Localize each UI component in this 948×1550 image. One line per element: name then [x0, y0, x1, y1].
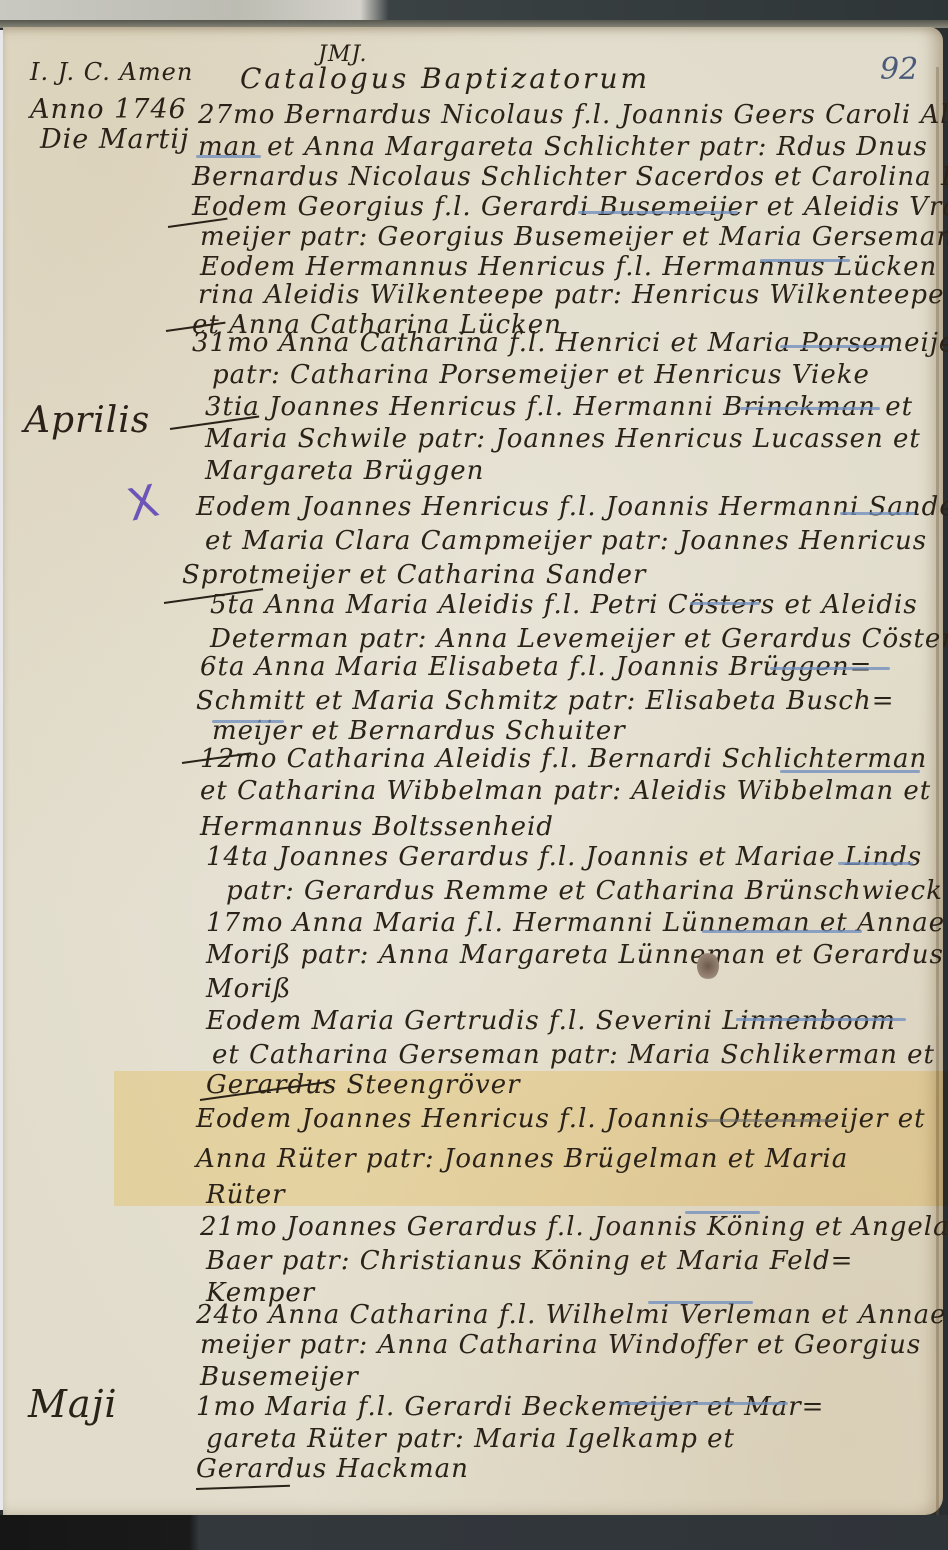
register-line: Sprotmeijer et Catharina Sander — [182, 560, 646, 590]
register-line: Eodem Joannes Henricus f.l. Joannis Herm… — [196, 492, 948, 522]
register-line: Schmitt et Maria Schmitz patr: Elisabeta… — [196, 686, 895, 716]
blue-pencil-underline — [780, 770, 920, 773]
blue-pencil-underline — [578, 211, 738, 214]
margin-month-april: Aprilis — [24, 400, 150, 441]
register-line: meijer patr: Anna Catharina Windoffer et… — [200, 1330, 921, 1360]
register-line: patr: Gerardus Remme et Catharina Brünsc… — [226, 876, 943, 906]
register-line: man et Anna Margareta Schlichter patr: R… — [198, 132, 928, 162]
blue-pencil-underline — [770, 667, 890, 670]
register-line: 31mo Anna Catharina f.l. Henrici et Mari… — [192, 328, 948, 358]
register-line: rina Aleidis Wilkenteepe patr: Henricus … — [198, 280, 944, 310]
register-line: Bernardus Nicolaus Schlichter Sacerdos e… — [192, 162, 948, 192]
blue-pencil-underline — [702, 930, 862, 933]
register-line: Eodem Maria Gertrudis f.l. Severini Linn… — [206, 1006, 896, 1036]
register-line: Eodem Georgius f.l. Gerardi Busemeijer e… — [192, 192, 948, 222]
gray-pencil-underline — [705, 1119, 835, 1122]
register-line: et Catharina Gerseman patr: Maria Schlik… — [212, 1040, 935, 1070]
blue-pencil-underline — [780, 345, 890, 348]
blue-pencil-underline — [685, 1211, 760, 1214]
register-line: 17mo Anna Maria f.l. Hermanni Lünneman e… — [206, 908, 945, 938]
register-line: 27mo Bernardus Nicolaus f.l. Joannis Gee… — [198, 100, 948, 130]
register-line: Baer patr: Christianus Köning et Maria F… — [206, 1246, 853, 1276]
register-line: gareta Rüter patr: Maria Igelkamp et — [206, 1424, 735, 1454]
margin-invocation: I. J. C. Amen — [30, 58, 193, 86]
register-line: et Catharina Wibbelman patr: Aleidis Wib… — [200, 776, 931, 806]
blue-pencil-underline — [760, 259, 850, 262]
register-line: meijer patr: Georgius Busemeijer et Mari… — [200, 222, 948, 252]
register-line: 5ta Anna Maria Aleidis f.l. Petri Cöster… — [210, 590, 918, 620]
scanner-frame-bottom — [0, 1515, 948, 1550]
register-line: 1mo Maria f.l. Gerardi Beckemeijer et Ma… — [196, 1392, 824, 1422]
margin-month-may: Maji — [28, 1382, 118, 1426]
register-line: Moriß patr: Anna Margareta Lünneman et G… — [206, 940, 944, 970]
register-line: 14ta Joannes Gerardus f.l. Joannis et Ma… — [206, 842, 922, 872]
margin-month-march: Die Martij — [40, 124, 189, 155]
blue-pencil-underline — [212, 720, 284, 723]
register-line: patr: Catharina Porsemeijer et Henricus … — [212, 360, 870, 390]
blue-pencil-underline — [840, 512, 915, 515]
blue-pencil-underline — [618, 1402, 788, 1405]
register-line: Busemeijer — [200, 1362, 359, 1392]
register-line: Gerardus Hackman — [196, 1454, 469, 1484]
blue-pencil-underline — [690, 602, 760, 605]
blue-pencil-underline — [740, 407, 880, 410]
register-line: Margareta Brüggen — [205, 456, 484, 486]
register-line: 21mo Joannes Gerardus f.l. Joannis Könin… — [200, 1212, 948, 1242]
register-line: Eodem Hermannus Henricus f.l. Hermannus … — [200, 252, 948, 282]
register-line: Maria Schwile patr: Joannes Henricus Luc… — [205, 424, 921, 454]
register-line-highlighted: Rüter — [206, 1180, 286, 1210]
ink-blot — [697, 952, 719, 980]
register-line-highlighted: Anna Rüter patr: Joannes Brügelman et Ma… — [196, 1144, 848, 1174]
margin-year: Anno 1746 — [30, 94, 187, 125]
blue-pencil-underline — [838, 862, 913, 865]
register-line: 24to Anna Catharina f.l. Wilhelmi Verlem… — [196, 1300, 948, 1330]
page-title: Catalogus Baptizatorum — [240, 62, 650, 95]
page-number: 92 — [880, 52, 918, 87]
register-line: Determan patr: Anna Levemeijer et Gerard… — [210, 624, 948, 654]
register-line: Hermannus Boltssenheid — [200, 812, 554, 842]
register-line: et Maria Clara Campmeijer patr: Joannes … — [205, 526, 927, 556]
register-line: Moriß — [206, 974, 291, 1004]
blue-pencil-underline — [736, 1018, 906, 1021]
register-line-highlighted: Gerardus Steengröver — [206, 1070, 521, 1100]
blue-pencil-underline — [196, 155, 261, 158]
blue-pencil-underline — [648, 1301, 753, 1304]
